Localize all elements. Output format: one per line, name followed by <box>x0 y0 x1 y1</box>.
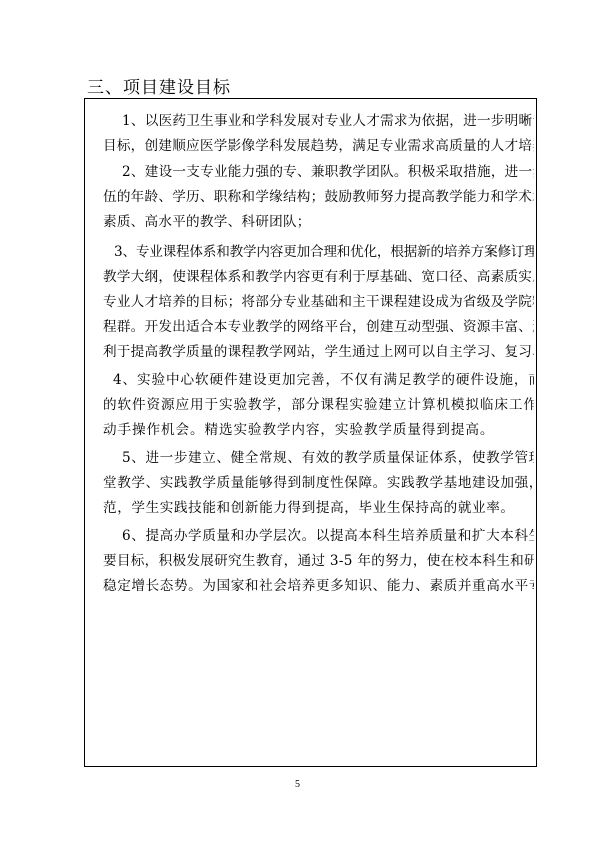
goal-6-line-2: 要目标，积极发展研究生教育，通过 3-5 年的努力，使在校本科生和研究生规模保持 <box>103 549 534 574</box>
goal-3-line-4: 程群。开发出适合本专业教学的网络平台，创建互动型强、资源丰富、形式多样的有 <box>103 315 534 340</box>
goal-3-line-2: 教学大纲，使课程体系和教学内容更有利于厚基础、宽口径、高素质实用型医学影像 <box>103 265 534 290</box>
goal-6-line-3: 稳定增长态势。为国家和社会培养更多知识、能力、素质并重高水平专业人才。 <box>103 574 534 599</box>
goal-paragraph-2: 2、建设一支专业能力强的专、兼职教学团队。积极采取措施，进一步完善师资队 伍的年… <box>103 160 534 236</box>
goal-5-line-3: 范，学生实践技能和创新能力得到提高，毕业生保持高的就业率。 <box>103 496 534 521</box>
goal-paragraph-4: 4、实验中心软硬件建设更加完善，不仅有满足教学的硬件设施，而且有自行开发 的软件… <box>103 368 534 444</box>
goal-2-line-2: 伍的年龄、学历、职称和学缘结构；鼓励教师努力提高教学能力和学术水平，打造高 <box>103 185 534 210</box>
goal-3-line-1: 3、专业课程体系和教学内容更加合理和优化，根据新的培养方案修订理论与实验 <box>103 240 534 265</box>
goal-3-line-3: 专业人才培养的目标；将部分专业基础和主干课程建设成为省级及学院精品或优秀课 <box>103 290 534 315</box>
section-title: 三、项目建设目标 <box>87 76 231 100</box>
goal-5-line-1: 5、进一步建立、健全常规、有效的教学质量保证体系，使教学管理更加规范，课 <box>103 446 534 471</box>
goal-1-line-2: 目标，创建顺应医学影像学科发展趋势，满足专业需求高质量的人才培养基地； <box>103 134 534 159</box>
goal-1-line-1: 1、以医药卫生事业和学科发展对专业人才需求为依据，进一步明晰专业人才培养 <box>103 109 534 134</box>
goal-paragraph-3: 3、专业课程体系和教学内容更加合理和优化，根据新的培养方案修订理论与实验 教学大… <box>103 240 534 366</box>
goal-4-line-3: 动手操作机会。精选实验教学内容，实验教学质量得到提高。 <box>103 418 534 443</box>
goal-2-line-1: 2、建设一支专业能力强的专、兼职教学团队。积极采取措施，进一步完善师资队 <box>103 160 534 185</box>
goal-4-line-2: 的软件资源应用于实验教学，部分课程实验建立计算机模拟临床工作环境，增加学生 <box>103 393 534 418</box>
page-number: 5 <box>0 778 595 792</box>
goal-3-line-5: 利于提高教学质量的课程教学网站，学生通过上网可以自主学习、复习、测试等。 <box>103 340 534 365</box>
goal-2-line-3: 素质、高水平的教学、科研团队； <box>103 210 534 235</box>
goal-paragraph-6: 6、提高办学质量和办学层次。以提高本科生培养质量和扩大本科生招生规模为主 要目标… <box>103 524 534 600</box>
goal-6-line-1: 6、提高办学质量和办学层次。以提高本科生培养质量和扩大本科生招生规模为主 <box>103 524 534 549</box>
goal-4-line-1: 4、实验中心软硬件建设更加完善，不仅有满足教学的硬件设施，而且有自行开发 <box>103 368 534 393</box>
goal-paragraph-5: 5、进一步建立、健全常规、有效的教学质量保证体系，使教学管理更加规范，课 堂教学… <box>103 446 534 522</box>
goal-paragraph-1: 1、以医药卫生事业和学科发展对专业人才需求为依据，进一步明晰专业人才培养 目标，… <box>103 109 534 159</box>
goal-5-line-2: 堂教学、实践教学质量能够得到制度性保障。实践教学基地建设加强，带教进一步规 <box>103 471 534 496</box>
